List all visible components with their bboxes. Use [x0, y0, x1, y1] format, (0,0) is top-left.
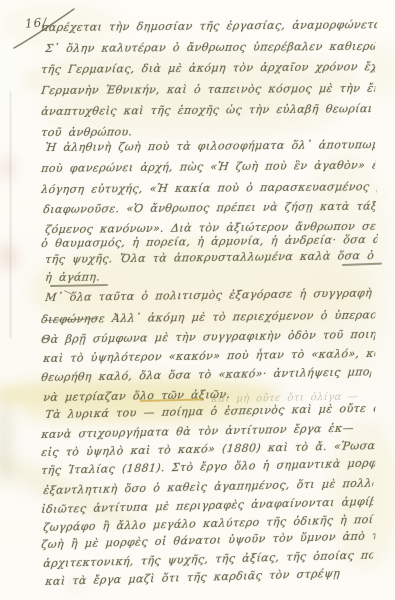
- manuscript-line: Σ᾽ ὅλην καλυτέραν ὁ ἄνθρωπος ὑπερέβαλεν …: [44, 40, 375, 55]
- manuscript-line: ποὺ φανερώνει ἀρχή, πὼς «Ἡ ζωὴ ποὺ ἓν ἀγ…: [41, 159, 376, 176]
- manuscript-line: καὶ τὸ ὑψηλότερον «κακόν» ποὺ ἦταν τὸ «κ…: [43, 347, 376, 365]
- manuscript-line: ἐξαντλητικὴ ὅσο ὁ καθεὶς ἀγαπημένος, ὅτι…: [43, 477, 374, 498]
- ink-underline-exase: [342, 263, 382, 266]
- manuscript-line: ἀναπτυχθεὶς καὶ τῆς ἐποχῆς ὡς τὴν εὐλαβῆ…: [41, 102, 372, 118]
- manuscript-line: παρέχεται τὴν δημοσίαν τῆς ἐργασίας, ἀνα…: [41, 18, 378, 34]
- manuscript-line: τῆς Γερμανίας, διὰ μὲ ἀκόμη τὸν ἀρχαῖον …: [41, 60, 376, 76]
- manuscript-line: τῆς Ἰταλίας (1881). Στὸ ἔργο ὅλο ἡ σημαν…: [41, 456, 376, 477]
- fold-crease: [10, 92, 11, 338]
- manuscript-line: Θὰ βρῇ σύμφωνα μὲ τὴν συγγραφικὴν ὁδὸν τ…: [41, 328, 376, 346]
- manuscript-line: καὶ τὰ ἔργα μαζὶ ὅτι τῆς καρδιᾶς τὸν στρ…: [45, 567, 346, 588]
- manuscript-line: κανὰ στιχουργήματα θὰ τὸν ἀντίτυπον ἔργα…: [41, 421, 362, 441]
- paper-stain-pink: [0, 158, 14, 178]
- manuscript-line: εἰς τὸ ὑψηλὸ καὶ τὸ κακό» (1880) καὶ τὸ …: [41, 439, 376, 459]
- manuscript-line: διεφώνησε Ἀλλ᾽ ἀκόμη μὲ τὸ περιεχόμενον …: [41, 308, 376, 326]
- manuscript-line: θεωρήθη καλό, ὅλα ὅσα τὸ «κακό»· ἀντιλήψ…: [41, 365, 372, 384]
- paper-stain: [20, 50, 360, 110]
- manuscript-line: ὁ θαυμασμός, ἡ πορεία, ἡ ἁρμονία, ἡ ἀνδρ…: [41, 233, 378, 250]
- manuscript-line: ἰδιῶτες ἀντίτυπα μὲ περιγραφὲς ἀναφαίνον…: [41, 495, 374, 516]
- paper-stain-olive: [0, 396, 10, 486]
- manuscript-line: Ἡ ἀληθινὴ ζωὴ ποὺ τὰ φιλοσοφήματα ὅλ᾽ ἀπ…: [45, 138, 376, 154]
- manuscript-page: 16/ παρέχεται τὴν δημοσίαν τῆς ἐργασίας,…: [0, 0, 395, 600]
- manuscript-line: Μ᾽ ὅλα ταῦτα ὁ πολιτισμὸς ἐξαγόρασε ἡ συ…: [45, 286, 376, 304]
- manuscript-line: Γερμανὴν Ἐθνικήν, καὶ ὁ ταπεινὸς κόσμος …: [40, 82, 375, 97]
- manuscript-line: λόγηση εὐτυχής, «Ἡ κακία ποὺ ὁ παρασκευα…: [41, 180, 378, 196]
- manuscript-line: τοῦ ἀνθρώπου.: [40, 125, 192, 139]
- manuscript-line: Τὰ λυρικά του — ποίημα ὁ ἑσπερινὸς καὶ μ…: [45, 402, 376, 421]
- ink-underline-agapi: [50, 284, 108, 287]
- manuscript-line: τῆς ψυχῆς. Ὅλα τὰ ἀποκρυσταλλωμένα καλὰ …: [45, 249, 380, 266]
- manuscript-line: διαφωνοῦσε. «Ὁ ἄνθρωπος πρέπει νὰ ζήσῃ κ…: [43, 200, 376, 216]
- paper-stain-pink: [0, 244, 16, 270]
- manuscript-line: ἡ ἀγάπη.: [45, 270, 126, 284]
